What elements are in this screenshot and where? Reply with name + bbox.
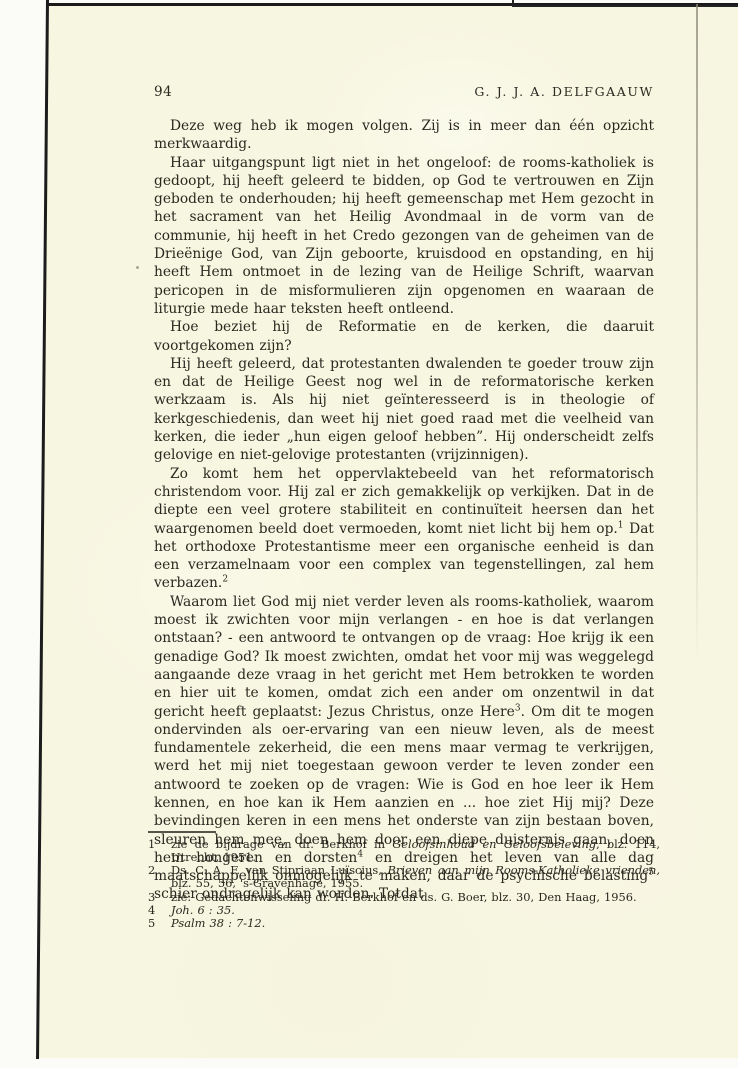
running-head: G. J. J. A. DELFGAAUW	[474, 84, 654, 99]
footnote-text: zie: Gedachtenwisseling dr. H. Berkhof e…	[171, 891, 660, 904]
page-number: 94	[154, 84, 172, 100]
footnote-item: 2Ds. C. A. F. van Stipriaan Luïscius, Br…	[148, 864, 660, 890]
footnote-item: 1zie de bijdrage van dr. Berkhof in Gelo…	[148, 838, 660, 864]
footnote-item: 5Psalm 38 : 7-12.	[148, 917, 660, 930]
page-crease-right	[696, 4, 698, 664]
footnote-number: 3	[148, 891, 162, 904]
footnote-text: zie de bijdrage van dr. Berkhof in Geloo…	[171, 838, 660, 864]
footnote-item: 3zie: Gedachtenwisseling dr. H. Berkhof …	[148, 891, 660, 904]
footnote-text: Psalm 38 : 7-12.	[171, 917, 660, 930]
paragraph: Deze weg heb ik mogen volgen. Zij is in …	[154, 117, 654, 154]
footnote-text: Ds. C. A. F. van Stipriaan Luïscius, Bri…	[171, 864, 660, 890]
body-text: Deze weg heb ik mogen volgen. Zij is in …	[154, 117, 654, 904]
scan-speck	[136, 266, 139, 269]
page-frame-top-line-artifact	[513, 5, 738, 7]
footnote-number: 4	[148, 904, 162, 917]
paragraph: Haar uitgangspunt ligt niet in het ongel…	[154, 154, 654, 319]
scanned-book-page: 94 G. J. J. A. DELFGAAUW Deze weg heb ik…	[0, 0, 738, 1068]
footnote-ref: 2	[222, 575, 228, 585]
scan-margin-bottom	[0, 1058, 738, 1068]
footnote-number: 2	[148, 864, 162, 890]
paragraph: Hij heeft geleerd, dat protestanten dwal…	[154, 355, 654, 465]
footnote-separator	[148, 831, 216, 833]
footnote-text: Joh. 6 : 35.	[171, 904, 660, 917]
paragraph: Hoe beziet hij de Reformatie en de kerke…	[154, 318, 654, 355]
footnote-item: 4Joh. 6 : 35.	[148, 904, 660, 917]
footnote-number: 1	[148, 838, 162, 864]
page-header: 94 G. J. J. A. DELFGAAUW	[154, 84, 654, 100]
footnote-list: 1zie de bijdrage van dr. Berkhof in Gelo…	[148, 838, 660, 931]
paragraph: Zo komt hem het oppervlaktebeeld van het…	[154, 465, 654, 593]
footnote-number: 5	[148, 917, 162, 930]
page-frame-tick-artifact	[512, 0, 514, 7]
